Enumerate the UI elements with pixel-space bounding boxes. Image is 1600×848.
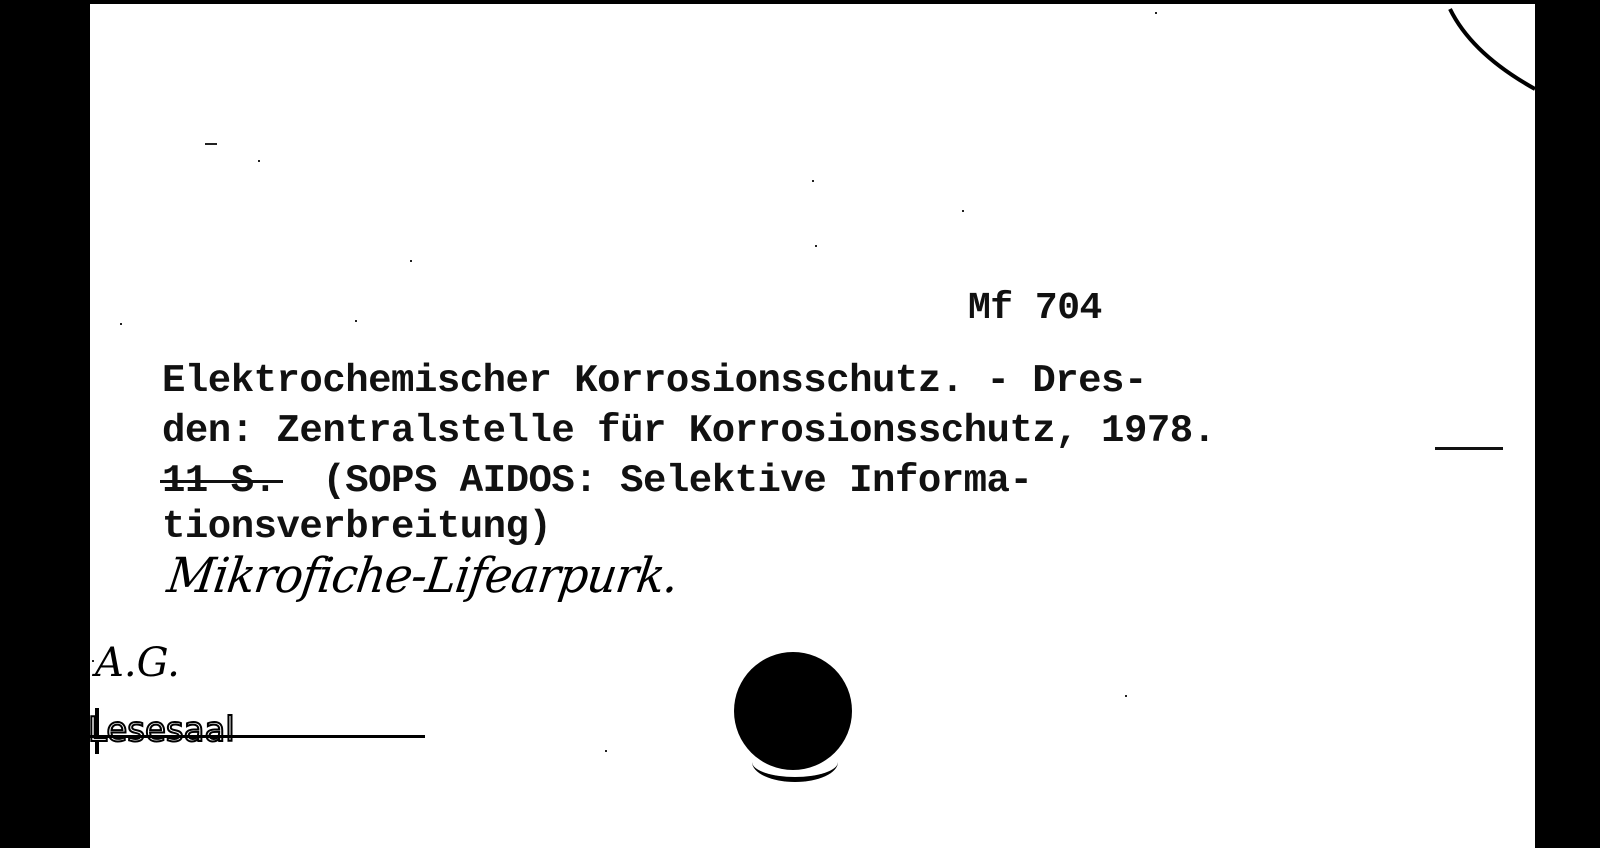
stamp-strikethrough (90, 735, 425, 738)
call-number: Mf 704 (968, 290, 1102, 328)
speck (410, 260, 412, 262)
handwritten-initials: A.G. (95, 640, 180, 686)
handwritten-note: Mikrofiche-Lifearpurk. (164, 547, 682, 604)
speck (815, 245, 817, 247)
speck (1125, 695, 1127, 697)
speck (355, 320, 357, 322)
series-text (277, 459, 323, 503)
imprint-line: den: Zentralstelle für Korrosionsschutz,… (162, 412, 1216, 451)
series-line: 11 S. (SOPS AIDOS: Selektive Informa- (162, 462, 1032, 501)
speck (258, 160, 260, 162)
year-underline (1435, 447, 1503, 450)
series-line-2: tionsverbreitung) (162, 508, 551, 547)
title-line-1: Elektrochemischer Korrosionsschutz. - Dr… (162, 362, 1147, 401)
speck (605, 750, 607, 752)
speck (962, 210, 964, 212)
location-stamp: Lesesaal (88, 710, 235, 750)
speck (205, 143, 217, 145)
series-statement: (SOPS AIDOS: Selektive Informa- (322, 459, 1032, 503)
speck (92, 660, 94, 662)
corner-pencil-mark (1447, 4, 1537, 94)
speck (120, 323, 122, 325)
speck (1155, 12, 1157, 14)
struck-pagination: 11 S. (162, 462, 277, 501)
punch-hole-shadow (752, 742, 838, 782)
speck (812, 180, 814, 182)
